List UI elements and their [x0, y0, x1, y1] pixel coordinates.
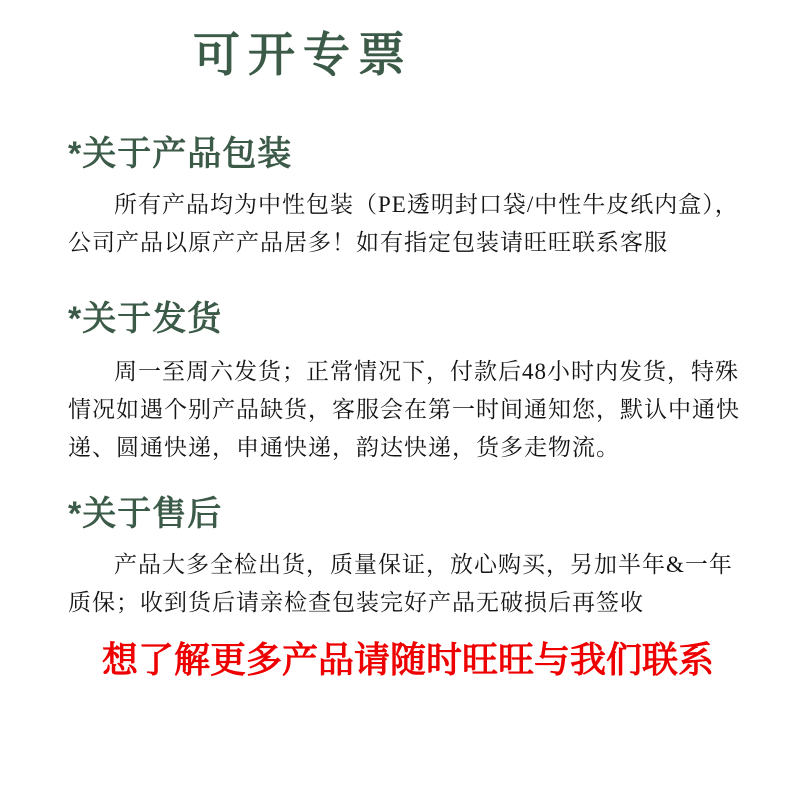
- section-body-shipping: 周一至周六发货；正常情况下，付款后48小时内发货，特殊情况如遇个别产品缺货，客服…: [68, 353, 750, 467]
- section-body-packaging: 所有产品均为中性包装（PE透明封口袋/中性牛皮纸内盒），公司产品以原产产品居多！…: [68, 186, 750, 262]
- page-title: 可开专票: [193, 31, 413, 78]
- section-heading-shipping: *关于发货: [68, 302, 222, 336]
- section-heading-aftersale: *关于售后: [68, 497, 222, 531]
- section-body-aftersale: 产品大多全检出货，质量保证，放心购买，另加半年&一年质保；收到货后请亲检查包装完…: [68, 546, 750, 622]
- product-info-page: 可开专票 *关于产品包装 所有产品均为中性包装（PE透明封口袋/中性牛皮纸内盒）…: [0, 0, 800, 800]
- section-heading-packaging: *关于产品包装: [68, 137, 292, 171]
- footer-contact-notice: 想了解更多产品请随时旺旺与我们联系: [102, 642, 714, 678]
